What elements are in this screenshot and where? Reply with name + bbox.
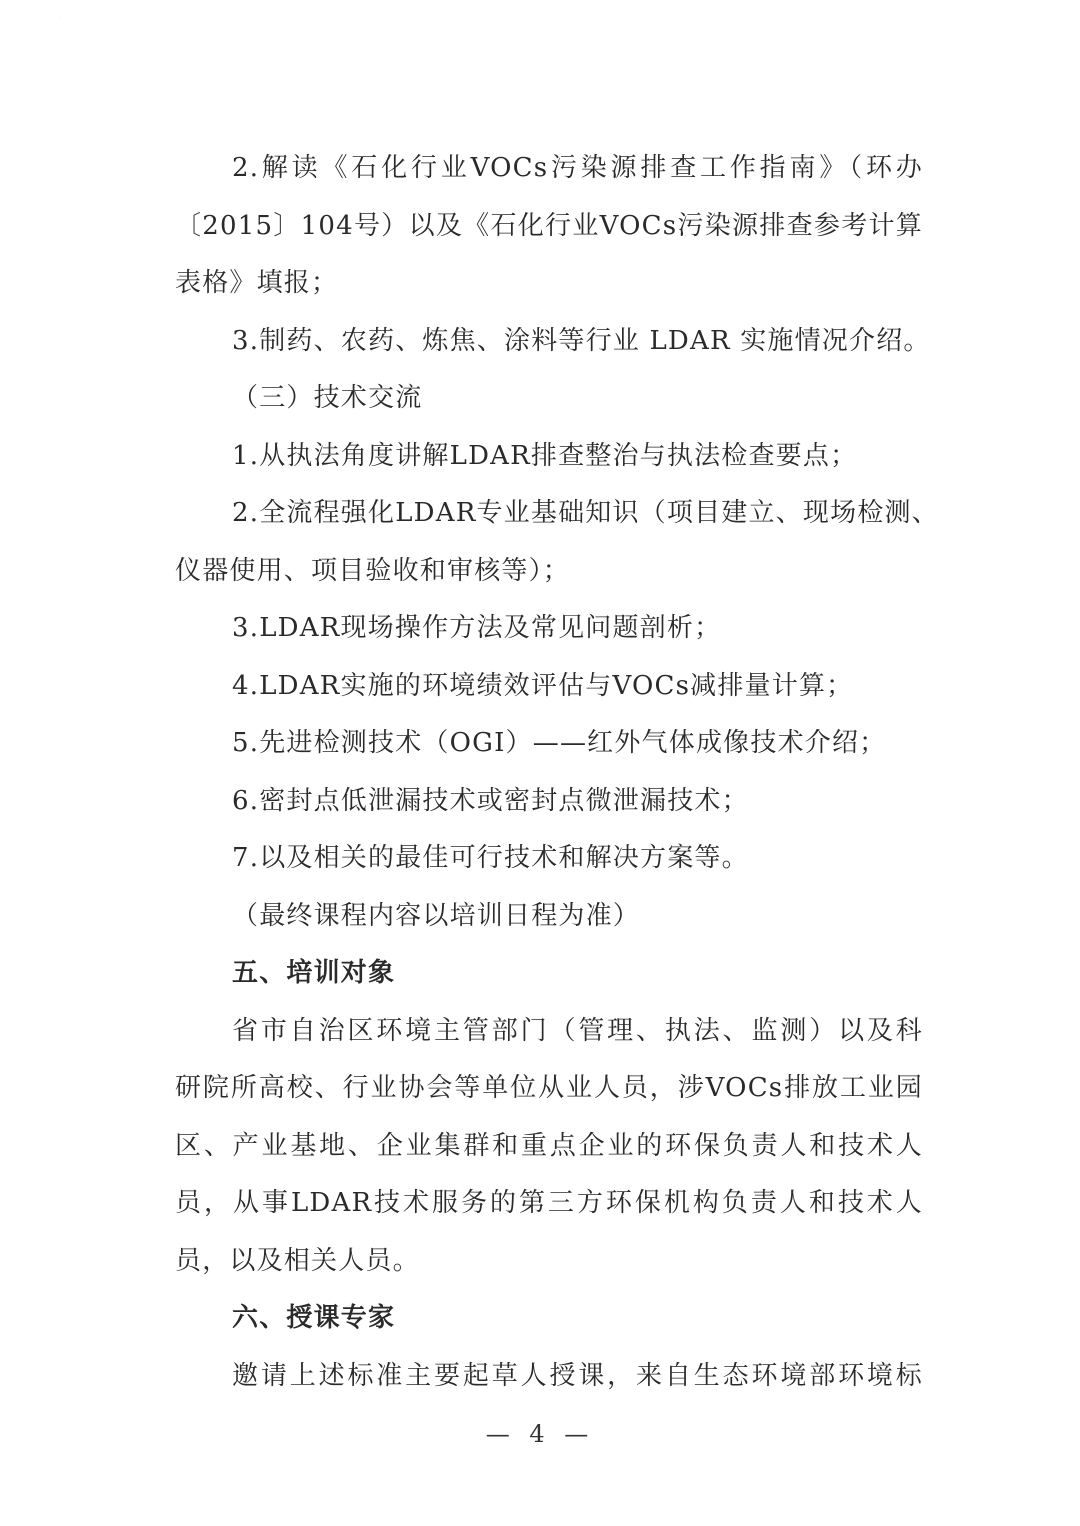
- list-item: 2.全流程强化LDAR专业基础知识（项目建立、现场检测、: [175, 485, 923, 543]
- list-item: 6.密封点低泄漏技术或密封点微泄漏技术；: [175, 773, 923, 831]
- paragraph-line: 员，以及相关人员。: [175, 1233, 923, 1291]
- page-number: — 4 —: [0, 1420, 1080, 1448]
- paragraph-line: 员，从事LDAR技术服务的第三方环保机构负责人和技术人: [175, 1175, 923, 1233]
- list-item-continuation: 仪器使用、项目验收和审核等）；: [175, 543, 923, 601]
- paragraph-line: 区、产业基地、企业集群和重点企业的环保负责人和技术人: [175, 1118, 923, 1176]
- paragraph-line: 〔2015〕104号）以及《石化行业VOCs污染源排查参考计算: [175, 198, 923, 256]
- section-heading: 五、培训对象: [175, 945, 923, 1003]
- paragraph-line: 邀请上述标准主要起草人授课，来自生态环境部环境标: [175, 1348, 923, 1406]
- list-item: 7.以及相关的最佳可行技术和解决方案等。: [175, 830, 923, 888]
- paragraph-line: 2.解读《石化行业VOCs污染源排查工作指南》（环办: [175, 140, 923, 198]
- list-item: 4.LDAR实施的环境绩效评估与VOCs减排量计算；: [175, 658, 923, 716]
- paragraph-line: 研院所高校、行业协会等单位从业人员，涉VOCs排放工业园: [175, 1060, 923, 1118]
- watermark: · · · ·: [28, 10, 80, 23]
- note: （最终课程内容以培训日程为准）: [175, 888, 923, 946]
- list-item: 3.LDAR现场操作方法及常见问题剖析；: [175, 600, 923, 658]
- paragraph-line: 省市自治区环境主管部门（管理、执法、监测）以及科: [175, 1003, 923, 1061]
- list-item: 5.先进检测技术（OGI）——红外气体成像技术介绍；: [175, 715, 923, 773]
- paragraph-line: 表格》填报；: [175, 255, 923, 313]
- list-item: 1.从执法角度讲解LDAR排查整治与执法检查要点；: [175, 428, 923, 486]
- section-subheading: （三）技术交流: [175, 370, 923, 428]
- document-page: 2.解读《石化行业VOCs污染源排查工作指南》（环办 〔2015〕104号）以及…: [175, 140, 923, 1405]
- section-heading: 六、授课专家: [175, 1290, 923, 1348]
- paragraph-line: 3.制药、农药、炼焦、涂料等行业 LDAR 实施情况介绍。: [175, 313, 923, 371]
